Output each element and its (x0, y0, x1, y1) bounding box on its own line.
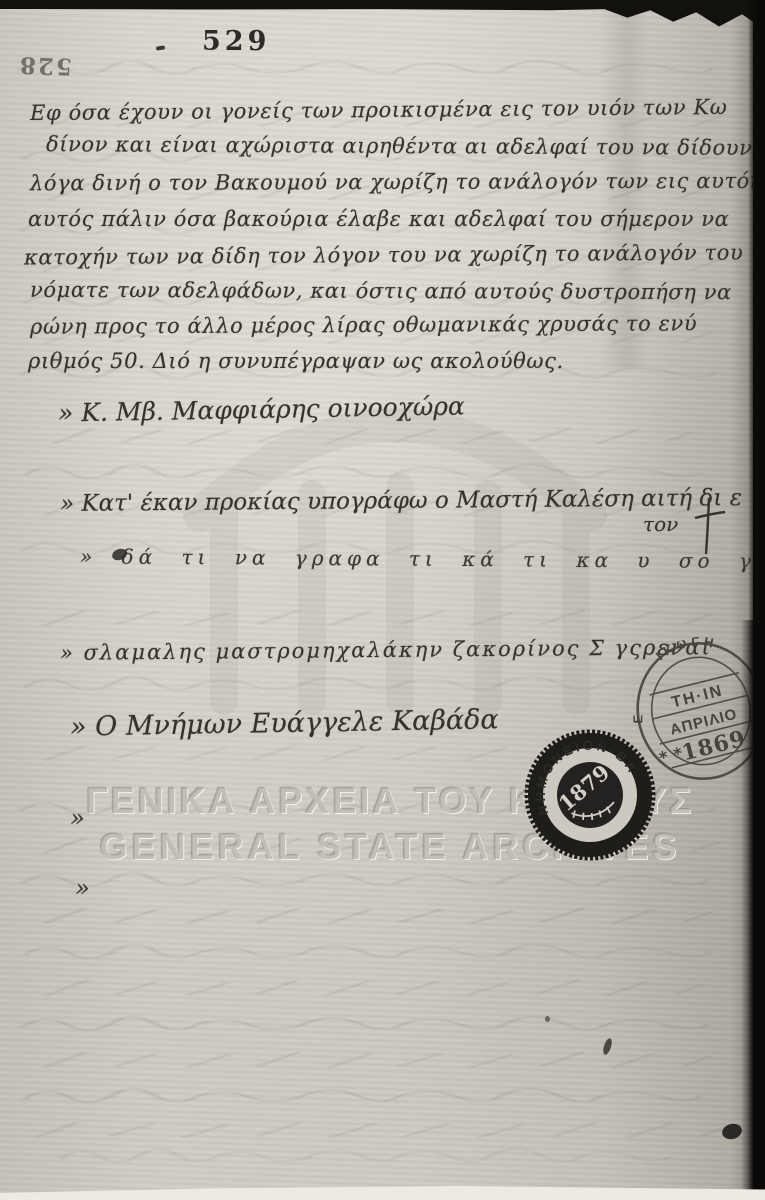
manuscript-line: ρώνη προς το άλλο μέρος λίρας οθωμανικάς… (30, 311, 697, 338)
marginal-note: τον (643, 512, 678, 536)
page-edge-shadow-lower (741, 620, 765, 1200)
scanned-manuscript-page: ΓΕΝΙΚΑ ΑΡΧΕΙΑ ΤΟΥ ΚΡΑΤΟΥΣ GENERAL STATE … (0, 0, 765, 1200)
manuscript-line: κατοχήν των να δίδη τον λόγον του να χωρ… (24, 240, 743, 269)
witness-mark: » (75, 874, 90, 902)
witness-mark: » (70, 804, 85, 832)
manuscript-line: δίνον και είναι αχώριστα αιρηθέντα αι αδ… (46, 132, 753, 160)
manuscript-line: αυτός πάλιν όσα βακούρια έλαβε και αδελφ… (28, 207, 729, 231)
manuscript-line: νόματε των αδελφάδων, και όστις από αυτο… (30, 278, 732, 304)
manuscript-line: λόγα δινή ο τον Βακουμού να χωρίζη το αν… (30, 169, 763, 196)
ink-blot (545, 1016, 550, 1022)
page-number: 529 (202, 26, 270, 57)
bleed-page-number: 528 (18, 51, 73, 80)
manuscript-line: ριθμός 50. Διό η συνυπέγραψαν ως ακολούθ… (28, 349, 564, 373)
